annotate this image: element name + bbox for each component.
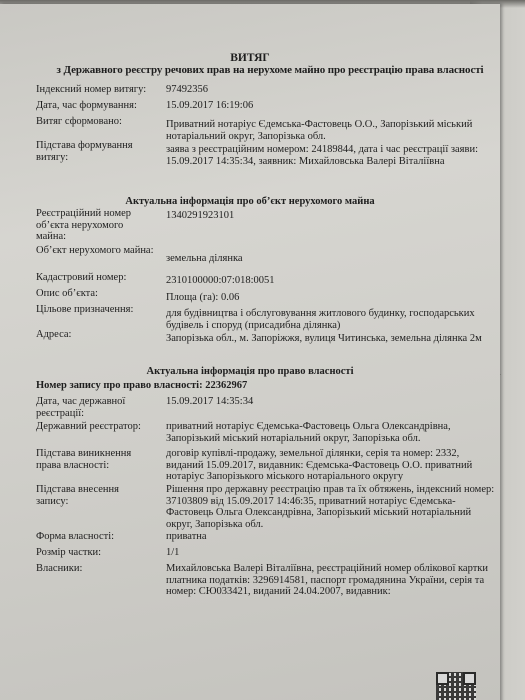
section-title-object: Актуальна інформація про об’єкт нерухомо…: [0, 196, 500, 207]
field-value: 2310100000:07:018:0051: [166, 275, 496, 287]
field-label: Форма власності:: [36, 531, 154, 543]
ownership-record-number: Номер запису про право власності: 223629…: [36, 380, 247, 391]
field-label: Підстава формування витягу:: [36, 140, 154, 163]
field-value: Приватний нотаріус Єдемська-Фастовець О.…: [166, 119, 496, 142]
field-label: Підстава внесення запису:: [36, 484, 154, 507]
field-label: Витяг сформовано:: [36, 116, 154, 128]
field-label: Підстава виникнення права власності:: [36, 448, 154, 471]
field-value: 1340291923101: [166, 210, 496, 222]
field-value: 97492356: [166, 84, 496, 96]
field-value: приватний нотаріус Єдемська-Фастовець Ол…: [166, 421, 496, 444]
field-value: приватна: [166, 531, 496, 543]
document-page: ВИТЯГ з Державного реєстру речових прав …: [0, 4, 500, 700]
field-value: Запорізька обл., м. Запоріжжя, вулиця Чи…: [166, 333, 496, 345]
field-value: 15.09.2017 16:19:06: [166, 100, 496, 112]
document-title: ВИТЯГ: [0, 52, 500, 64]
document-subtitle: з Державного реєстру речових прав на нер…: [40, 64, 500, 76]
field-label: Кадастровий номер:: [36, 272, 154, 284]
field-label: Державний реєстратор:: [36, 421, 154, 433]
field-label: Об’єкт нерухомого майна:: [36, 245, 154, 257]
field-value: земельна ділянка: [166, 253, 496, 265]
field-value: Рішення про державну реєстрацію прав та …: [166, 484, 496, 530]
field-value: Михайловська Валері Віталіївна, реєстрац…: [166, 563, 496, 598]
field-label: Реєстраційний номер об’єкта нерухомого м…: [36, 208, 154, 243]
section-title-ownership: Актуальна інформація про право власності: [0, 366, 500, 377]
field-label: Дата, час державної реєстрації:: [36, 396, 154, 419]
field-label: Індексний номер витягу:: [36, 84, 154, 96]
field-value: для будівництва і обслуговування житлово…: [166, 308, 496, 331]
field-value: 1/1: [166, 547, 496, 559]
field-label: Розмір частки:: [36, 547, 154, 559]
qr-code-icon: [436, 672, 476, 700]
field-value: Площа (га): 0.06: [166, 292, 496, 304]
field-value: 15.09.2017 14:35:34: [166, 396, 496, 408]
field-label: Адреса:: [36, 329, 154, 341]
field-value: договір купівлі-продажу, земельної ділян…: [166, 448, 496, 483]
field-label: Дата, час формування:: [36, 100, 154, 112]
field-label: Власники:: [36, 563, 154, 575]
field-label: Опис об’єкта:: [36, 288, 154, 300]
field-label: Цільове призначення:: [36, 304, 154, 316]
field-value: заява з реєстраційним номером: 24189844,…: [166, 144, 496, 167]
